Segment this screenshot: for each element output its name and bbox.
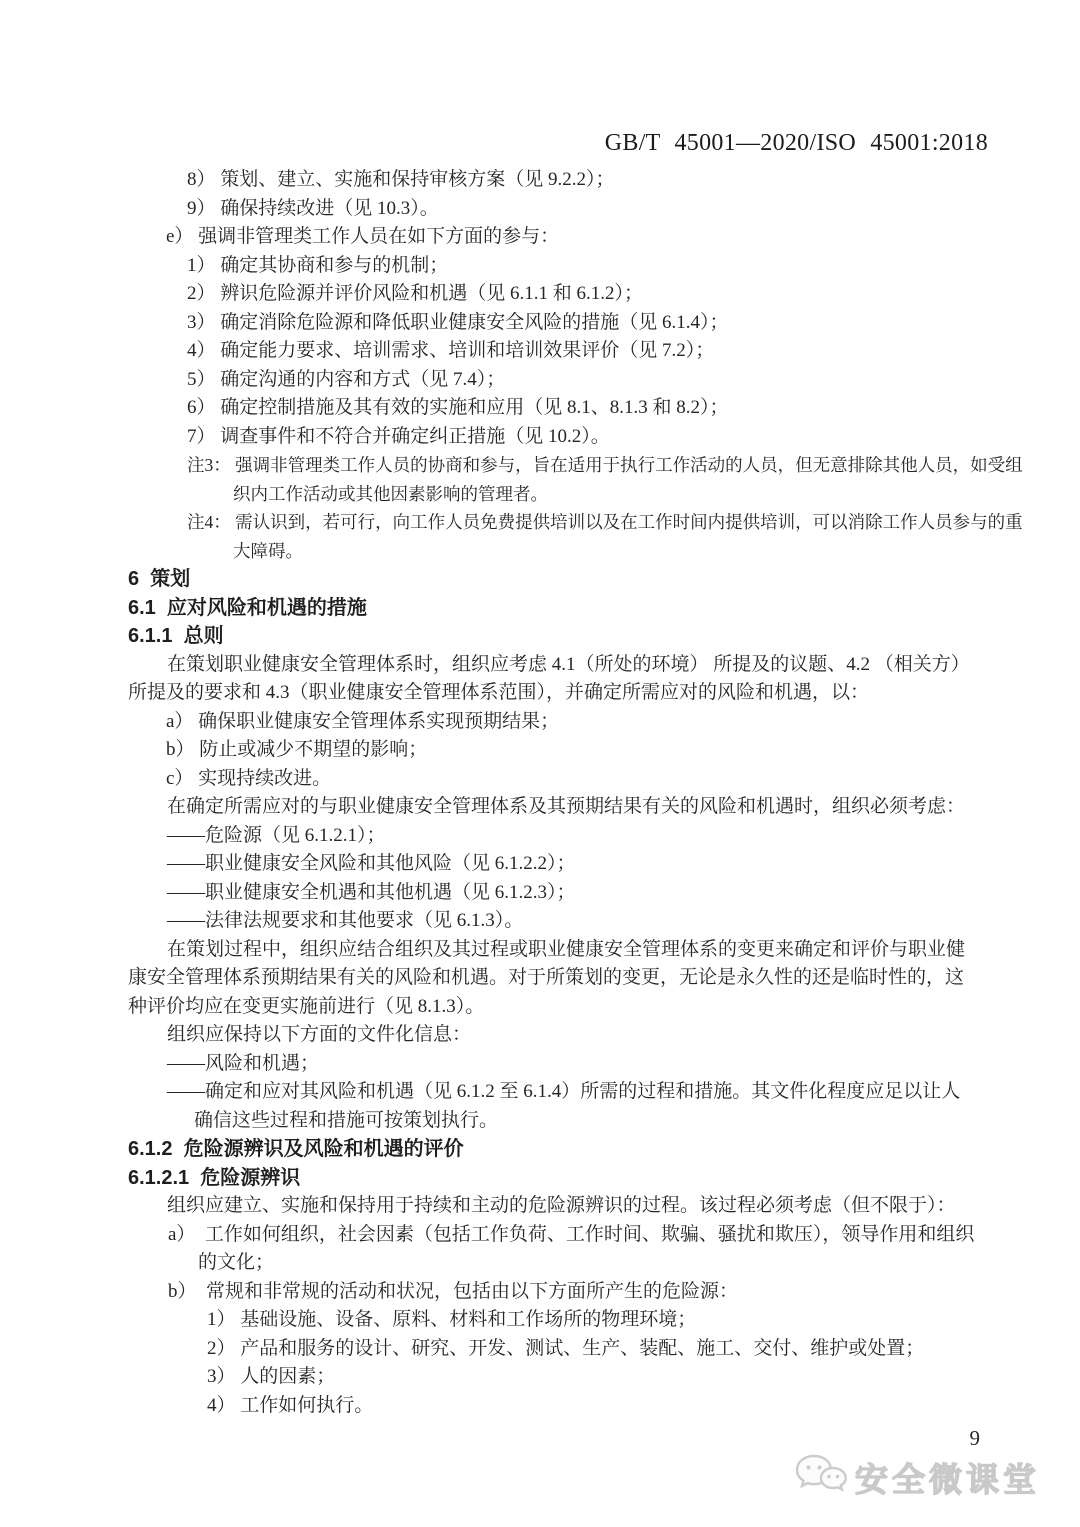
text-line: 4） 确定能力要求、培训需求、培训和培训效果评价（见 7.2）； xyxy=(128,337,985,366)
text-line: ——法律法规要求和其他要求（见 6.1.3）。 xyxy=(128,907,985,936)
document-page: GB/T 45001—2020/ISO 45001:2018 8） 策划、建立、… xyxy=(0,0,1080,1527)
section-heading: 6.1.1 总则 xyxy=(128,622,985,651)
text-line: ——危险源（见 6.1.2.1）； xyxy=(128,822,985,851)
standard-number-header: GB/T 45001—2020/ISO 45001:2018 xyxy=(605,130,988,157)
text-line: 所提及的要求和 4.3（职业健康安全管理体系范围），并确定所需应对的风险和机遇，… xyxy=(128,679,985,708)
text-line: 的文化； xyxy=(128,1249,985,1278)
text-line: 康安全管理体系预期结果有关的风险和机遇。对于所策划的变更，无论是永久性的还是临时… xyxy=(128,964,985,993)
text-line: 1） 确定其协商和参与的机制； xyxy=(128,252,985,281)
section-heading: 6.1 应对风险和机遇的措施 xyxy=(128,594,985,623)
text-line: 组织应建立、实施和保持用于持续和主动的危险源辨识的过程。该过程必须考虑（但不限于… xyxy=(128,1192,985,1221)
text-line: a） 工作如何组织，社会因素（包括工作负荷、工作时间、欺骗、骚扰和欺压），领导作… xyxy=(128,1221,985,1250)
text-line: 6） 确定控制措施及其有效的实施和应用（见 8.1、8.1.3 和 8.2）； xyxy=(128,394,985,423)
note-line: 织内工作活动或其他因素影响的管理者。 xyxy=(128,480,985,509)
page-number: 9 xyxy=(970,1426,981,1451)
text-line: ——风险和机遇； xyxy=(128,1050,985,1079)
text-line: 3） 人的因素； xyxy=(128,1363,985,1392)
section-heading: 6.1.2.1 危险源辨识 xyxy=(128,1164,985,1193)
text-line: c） 实现持续改进。 xyxy=(128,765,985,794)
text-line: b） 防止或减少不期望的影响； xyxy=(128,736,985,765)
note-line: 大障碍。 xyxy=(128,537,985,566)
text-line: 在策划职业健康安全管理体系时，组织应考虑 4.1（所处的环境） 所提及的议题、4… xyxy=(128,651,985,680)
text-line: ——确定和应对其风险和机遇（见 6.1.2 至 6.1.4）所需的过程和措施。其… xyxy=(128,1078,985,1107)
text-line: ——职业健康安全机遇和其他机遇（见 6.1.2.3）； xyxy=(128,879,985,908)
section-heading: 6.1.2 危险源辨识及风险和机遇的评价 xyxy=(128,1135,985,1164)
watermark-text: 安全微课堂 xyxy=(855,1454,1040,1501)
text-line: 确信这些过程和措施可按策划执行。 xyxy=(128,1107,985,1136)
document-body: 8） 策划、建立、实施和保持审核方案（见 9.2.2）；9） 确保持续改进（见 … xyxy=(128,166,985,1420)
text-line: a） 确保职业健康安全管理体系实现预期结果； xyxy=(128,708,985,737)
text-line: 2） 辨识危险源并评价风险和机遇（见 6.1.1 和 6.1.2）； xyxy=(128,280,985,309)
text-line: 在策划过程中，组织应结合组织及其过程或职业健康安全管理体系的变更来确定和评价与职… xyxy=(128,936,985,965)
note-line: 注4： 需认识到，若可行，向工作人员免费提供培训以及在工作时间内提供培训，可以消… xyxy=(128,508,985,537)
text-line: 5） 确定沟通的内容和方式（见 7.4）； xyxy=(128,366,985,395)
text-line: b） 常规和非常规的活动和状况，包括由以下方面所产生的危险源： xyxy=(128,1278,985,1307)
text-line: ——职业健康安全风险和其他风险（见 6.1.2.2）； xyxy=(128,850,985,879)
text-line: 1） 基础设施、设备、原料、材料和工作场所的物理环境； xyxy=(128,1306,985,1335)
text-line: 3） 确定消除危险源和降低职业健康安全风险的措施（见 6.1.4）； xyxy=(128,309,985,338)
text-line: 在确定所需应对的与职业健康安全管理体系及其预期结果有关的风险和机遇时，组织必须考… xyxy=(128,793,985,822)
text-line: 7） 调查事件和不符合并确定纠正措施（见 10.2）。 xyxy=(128,423,985,452)
note-line: 注3： 强调非管理类工作人员的协商和参与，旨在适用于执行工作活动的人员，但无意排… xyxy=(128,451,985,480)
text-line: 种评价均应在变更实施前进行（见 8.1.3）。 xyxy=(128,993,985,1022)
text-line: 9） 确保持续改进（见 10.3）。 xyxy=(128,195,985,224)
text-line: 4） 工作如何执行。 xyxy=(128,1392,985,1421)
section-heading: 6 策划 xyxy=(128,565,985,594)
text-line: 8） 策划、建立、实施和保持审核方案（见 9.2.2）； xyxy=(128,166,985,195)
text-line: 2） 产品和服务的设计、研究、开发、测试、生产、装配、施工、交付、维护或处置； xyxy=(128,1335,985,1364)
watermark: 安全微课堂 xyxy=(793,1450,1040,1505)
wechat-chat-bubbles-icon xyxy=(793,1450,847,1505)
text-line: 组织应保持以下方面的文件化信息： xyxy=(128,1021,985,1050)
text-line: e） 强调非管理类工作人员在如下方面的参与： xyxy=(128,223,985,252)
